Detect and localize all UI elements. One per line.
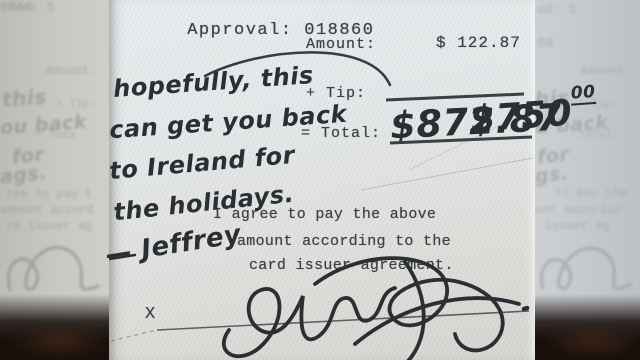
ghost-text-fragment: Amount:: [46, 64, 96, 78]
approval-label: Approval:: [187, 21, 292, 40]
ghost-text-fragment: od: S: [537, 2, 576, 17]
signature-x-label: X: [145, 305, 155, 324]
blurred-fill-left: thod: S 8860 Amount: this + Tip: ou back…: [0, 0, 109, 360]
amount-value: $ 122.87: [436, 34, 521, 52]
agreement-line-2: amount according to the: [237, 233, 451, 250]
ghost-text-fragment: ree to pay t: [6, 187, 92, 201]
dark-table-edge-left: [0, 294, 109, 360]
receipt-photo-still: thod: S 8860 Amount: this + Tip: ou back…: [0, 0, 640, 360]
ghost-text-fragment: 60: [537, 36, 554, 52]
ghost-text-fragment: 8860: [0, 0, 34, 16]
signature-line: [157, 311, 529, 330]
ghost-text-fragment: = Tota: [36, 130, 76, 142]
ghost-text-fragment: amount accord: [0, 203, 94, 217]
ghost-text-fragment: ags.: [0, 162, 48, 189]
note-signature: — Jeffrey: [103, 219, 243, 270]
ghost-text-fragment: + Tip:: [56, 99, 96, 111]
ghost-text-fragment: unt accordin: [535, 203, 621, 217]
note-line-1: hopefully, this: [112, 61, 314, 103]
ghost-text-fragment: this: [1, 84, 47, 111]
note-line-3: to Ireland for: [108, 141, 296, 185]
tip-cents: 00: [570, 84, 596, 106]
total-value-handwritten: $872.87: [389, 96, 563, 148]
signature-line-faint: [111, 330, 157, 341]
receipt-paper: Approval: 018860 Amount: $ 122.87 + Tip:…: [109, 0, 535, 360]
dark-table-edge-right: [535, 294, 640, 360]
amount-label: Amount:: [306, 36, 376, 53]
agreement-line-3: card issuer agreement.: [249, 257, 454, 274]
ghost-text-fragment: to pay the: [555, 186, 627, 200]
